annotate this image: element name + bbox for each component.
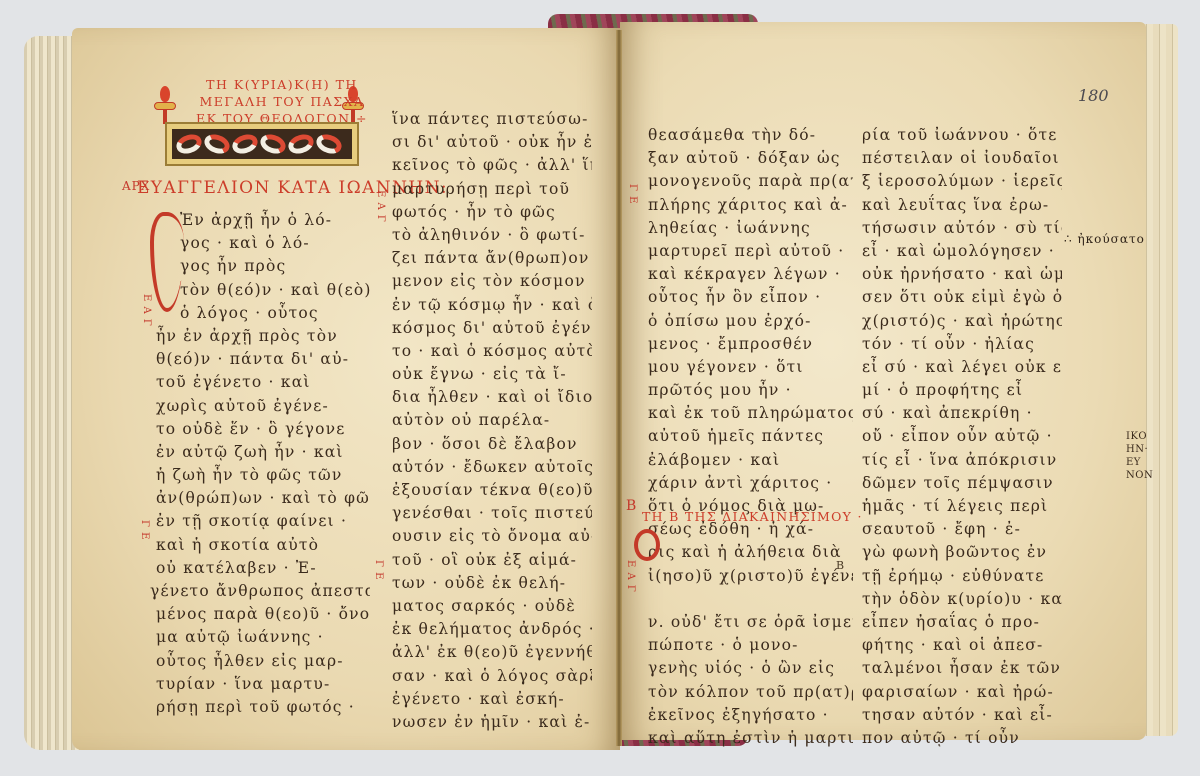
margin-mark-4: Γ Ε (372, 560, 384, 580)
margin-mark-3: Ε Α Γ (374, 190, 386, 223)
title-rubric-line-1: ΤΗ Κ(ΥΡΙΑ)Κ(Η) ΤΗ ΜΕΓΑΛΗ ΤΟΥ ΠΑΣΧΑ (177, 76, 387, 110)
margin-rubric-b: Β (626, 500, 637, 512)
gutter (616, 30, 622, 746)
text-column-1: Ἐν ἀρχῇ ἦν ὁ λό- γος · καὶ ὁ λό- γος ἦν … (180, 209, 370, 719)
folio-number: 180 (1078, 86, 1109, 105)
margin-mark-5: Γ Ε (626, 184, 638, 204)
margin-mark-2: Γ Ε (138, 520, 150, 540)
margin-mark-1: Ε Α Γ (140, 294, 152, 327)
lection-rubric: ΤΗ Β ΤΗΣ ΔΙΑΚΑΙΝΗΣΙΜΟΥ · (642, 509, 863, 524)
interlace-headpiece (165, 122, 359, 166)
open-manuscript: ΤΗ Κ(ΥΡΙΑ)Κ(Η) ΤΗ ΜΕΓΑΛΗ ΤΟΥ ΠΑΣΧΑ ΕΚ ΤΟ… (0, 0, 1200, 776)
margin-mark-6: Ε Α Γ (624, 560, 636, 593)
edge-text-next-leaf: ΙΚΟ ΗΝ· ΕΥ ΝΟΝ (1126, 430, 1153, 482)
candle-ornament-left (154, 86, 176, 124)
decorated-initial-omicron (634, 529, 660, 561)
text-column-4: ρία τοῦ ἰωάννου · ὅτε ἀ- πέστειλαν οἱ ἰο… (862, 124, 1062, 750)
text-column-3: θεασάμεθα τὴν δό- ξαν αὐτοῦ · δόξαν ὡς μ… (648, 124, 853, 750)
text-column-2: ἵνα πάντες πιστεύσω- σι δι' αὐτοῦ · οὐκ … (392, 108, 592, 734)
margin-note: ∴ ἠκούσατο (1064, 232, 1145, 246)
title-rubric: ΤΗ Κ(ΥΡΙΑ)Κ(Η) ΤΗ ΜΕΓΑΛΗ ΤΟΥ ΠΑΣΧΑ ΕΚ ΤΟ… (177, 76, 387, 127)
